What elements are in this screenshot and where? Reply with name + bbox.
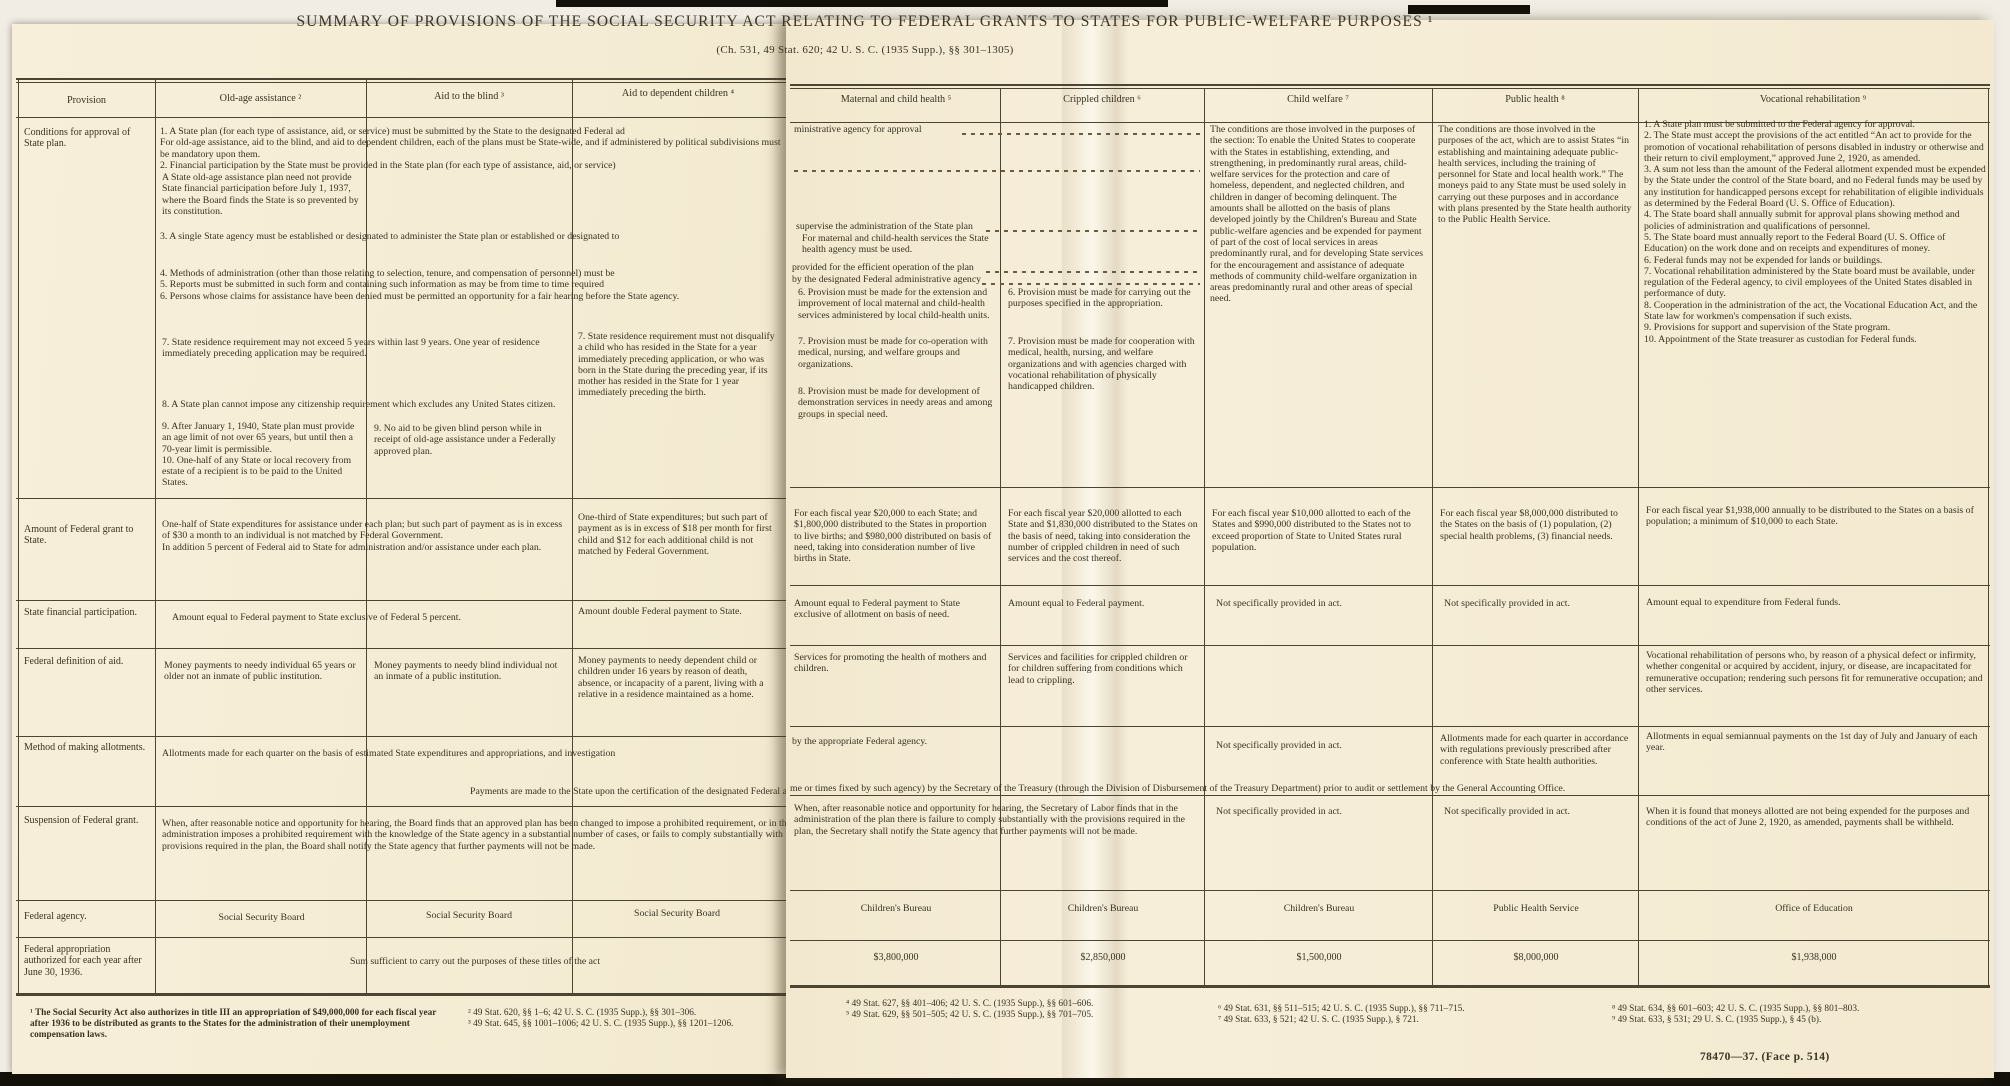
- table-rule: [1988, 88, 1989, 985]
- cell-conditions-maternal-health-agency: For maternal and child-health services t…: [802, 233, 1000, 256]
- table-rule: [790, 890, 1990, 891]
- cell-amount-crippled: For each fiscal year $20,000 allotted to…: [1008, 508, 1198, 564]
- cell-appropriation-maternal: $3,800,000: [792, 952, 1000, 963]
- table-rule: [790, 645, 1990, 646]
- cell-amount-vocational: For each fiscal year $1,938,000 annually…: [1646, 505, 1984, 528]
- cell-method-vocational: Allotments in equal semiannual payments …: [1646, 731, 1984, 754]
- table-rule: [1204, 88, 1205, 985]
- cell-definition-vocational: Vocational rehabilitation of persons who…: [1646, 650, 1986, 695]
- table-rule: [790, 585, 1990, 586]
- table-rule: [790, 487, 1990, 488]
- cell-suspension-public-health: Not specifically provided in act.: [1444, 806, 1632, 817]
- table-rule: [790, 726, 1990, 727]
- cell-suspension-child-welfare: Not specifically provided in act.: [1216, 806, 1426, 817]
- cell-state-financial-public-health: Not specifically provided in act.: [1444, 598, 1632, 609]
- cell-conditions-vocational: 1. A State plan must be submitted to the…: [1644, 119, 1986, 345]
- cell-conditions-maternal-item8: 8. Provision must be made for developmen…: [798, 386, 998, 420]
- right-page-content: Maternal and child health ⁵ Crippled chi…: [0, 0, 2010, 1086]
- cell-amount-child-welfare: For each fiscal year $10,000 allotted to…: [1212, 508, 1426, 553]
- cell-state-financial-vocational: Amount equal to expenditure from Federal…: [1646, 597, 1984, 608]
- column-header-maternal: Maternal and child health ⁵: [794, 94, 998, 105]
- cell-agency-maternal: Children's Bureau: [792, 903, 1000, 914]
- dashed-leader: [982, 283, 1200, 285]
- payments-line-right: me or times fixed by such agency) by the…: [790, 783, 1988, 794]
- footnote-4-5: ⁴ 49 Stat. 627, §§ 401–406; 42 U. S. C. …: [846, 999, 1216, 1021]
- cell-definition-crippled: Services and facilities for crippled chi…: [1008, 652, 1200, 686]
- cell-state-financial-child-welfare: Not specifically provided in act.: [1216, 598, 1426, 609]
- table-rule: [790, 88, 1990, 89]
- table-rule: [790, 985, 1990, 988]
- dashed-leader: [986, 230, 1200, 232]
- cell-method-public-health: Allotments made for each quarter in acco…: [1440, 733, 1632, 767]
- footnote-8-9: ⁸ 49 Stat. 634, §§ 601–603; 42 U. S. C. …: [1612, 1004, 1982, 1026]
- dashed-leader: [986, 271, 1200, 273]
- cell-agency-public-health: Public Health Service: [1434, 903, 1638, 914]
- cell-agency-crippled: Children's Bureau: [1002, 903, 1204, 914]
- column-header-vocational: Vocational rehabilitation ⁹: [1640, 94, 1986, 105]
- cell-state-financial-maternal: Amount equal to Federal payment to State…: [794, 598, 996, 621]
- cell-conditions-crippled-item6: 6. Provision must be made for carrying o…: [1008, 287, 1198, 310]
- cell-conditions-maternal-item7: 7. Provision must be made for co-operati…: [798, 336, 998, 370]
- cell-suspension-maternal-crippled: When, after reasonable notice and opport…: [794, 803, 1198, 837]
- cell-appropriation-public-health: $8,000,000: [1434, 952, 1638, 963]
- column-header-child-welfare: Child welfare ⁷: [1206, 94, 1430, 105]
- cell-appropriation-crippled: $2,850,000: [1002, 952, 1204, 963]
- table-rule: [1638, 88, 1639, 985]
- scanned-document: Provision Old-age assistance ² Aid to th…: [0, 0, 2010, 1086]
- cell-conditions-public-health: The conditions are those involved in the…: [1438, 124, 1632, 226]
- footnote-6-7: ⁶ 49 Stat. 631, §§ 511–515; 42 U. S. C. …: [1218, 1004, 1568, 1026]
- dashed-leader: [962, 133, 1200, 135]
- dashed-leader: [794, 170, 1200, 172]
- print-imprint: 78470—37. (Face p. 514): [1700, 1051, 1830, 1063]
- table-rule: [790, 795, 1990, 796]
- cell-method-right-fragment: by the appropriate Federal agency.: [792, 736, 1002, 747]
- column-header-public-health: Public health ⁸: [1434, 94, 1636, 105]
- table-rule: [790, 940, 1990, 941]
- table-rule: [1432, 88, 1433, 985]
- cell-amount-maternal: For each fiscal year $20,000 to each Sta…: [794, 508, 996, 564]
- cell-appropriation-child-welfare: $1,500,000: [1206, 952, 1432, 963]
- cell-conditions-maternal-item6: 6. Provision must be made for the extens…: [798, 287, 998, 321]
- cell-amount-public-health: For each fiscal year $8,000,000 distribu…: [1440, 508, 1632, 542]
- cell-suspension-vocational: When it is found that moneys allotted ar…: [1646, 806, 1984, 829]
- cell-conditions-child-welfare: The conditions are those involved in the…: [1210, 124, 1428, 305]
- cell-conditions-crippled-item7: 7. Provision must be made for cooperatio…: [1008, 336, 1200, 392]
- column-header-crippled: Crippled children ⁶: [1002, 94, 1202, 105]
- cell-definition-maternal: Services for promoting the health of mot…: [794, 652, 996, 675]
- cell-method-child-welfare: Not specifically provided in act.: [1216, 740, 1426, 751]
- table-rule: [790, 84, 1990, 86]
- cell-agency-vocational: Office of Education: [1640, 903, 1988, 914]
- cell-agency-child-welfare: Children's Bureau: [1206, 903, 1432, 914]
- cell-appropriation-vocational: $1,938,000: [1640, 952, 1988, 963]
- cell-state-financial-crippled: Amount equal to Federal payment.: [1008, 598, 1198, 609]
